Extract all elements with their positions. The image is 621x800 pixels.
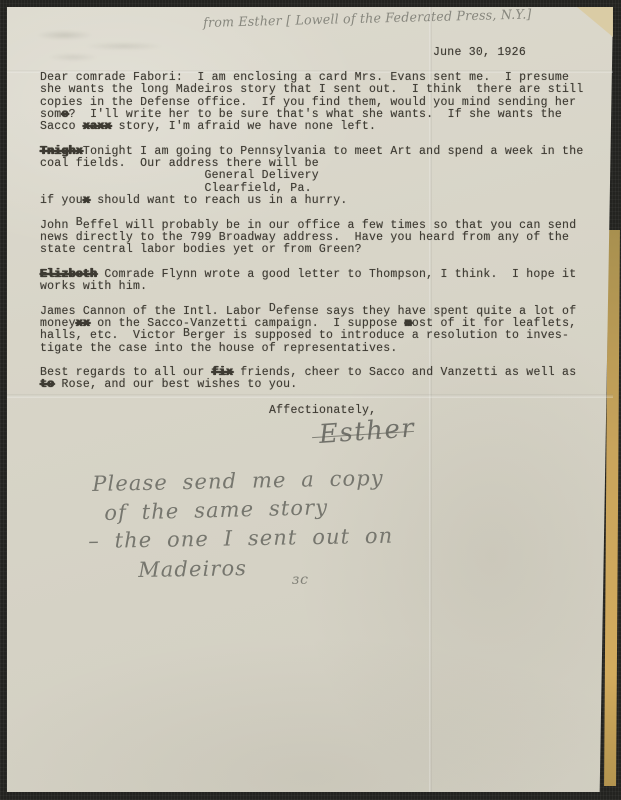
overstruck-text: Elizbeth xyxy=(40,268,97,281)
paragraph: John Beffel will probably be in our offi… xyxy=(40,220,584,257)
letter-body: Dear comrade Fabori: I am enclosing a ca… xyxy=(40,72,584,392)
typed-line: to Rose, and our best wishes to you. xyxy=(40,379,584,391)
paragraph: James Cannon of the Intl. Labor Defense … xyxy=(40,306,584,355)
horizontal-fold-crease-bottom xyxy=(7,394,613,398)
overstruck-text: xx xyxy=(76,317,90,330)
overstruck-text: m xyxy=(405,317,412,330)
typed-line: Sacco xaxx story, I'm afraid we have non… xyxy=(40,121,584,133)
paragraph: Dear comrade Fabori: I am enclosing a ca… xyxy=(40,72,584,133)
letter-date: June 30, 1926 xyxy=(433,46,526,59)
ink-ghost-smudge xyxy=(22,22,192,66)
folded-corner xyxy=(577,7,613,37)
overstruck-text: fix xyxy=(212,366,233,379)
paragraph: Elizbeth Comrade Flynn wrote a good lett… xyxy=(40,269,584,294)
overstruck-text: e xyxy=(61,108,68,121)
typed-line: if youx should want to reach us in a hur… xyxy=(40,195,584,207)
overstruck-text: x xyxy=(83,194,90,207)
typed-line: tigate the case into the house of repres… xyxy=(40,343,584,355)
postscript-line-4: Madeiros xyxy=(138,556,247,582)
typed-line: state central labor bodies yet or from G… xyxy=(40,244,584,256)
raised-character: D xyxy=(269,302,276,315)
paragraph: Best regards to all our fix friends, che… xyxy=(40,367,584,392)
photo-background: from Esther [ Lowell of the Federated Pr… xyxy=(0,0,621,800)
overstruck-text: xaxx xyxy=(83,120,112,133)
raised-character: B xyxy=(76,216,83,229)
typed-line: works with him. xyxy=(40,281,584,293)
paragraph: TnighxTonight I am going to Pennsylvania… xyxy=(40,146,584,207)
closing-line: Affectionately, xyxy=(269,404,376,417)
postscript-mark: ɜc xyxy=(292,572,309,588)
raised-character: B xyxy=(183,327,190,340)
overstruck-text: to xyxy=(40,378,54,391)
overstruck-text: Tnighx xyxy=(40,145,83,158)
